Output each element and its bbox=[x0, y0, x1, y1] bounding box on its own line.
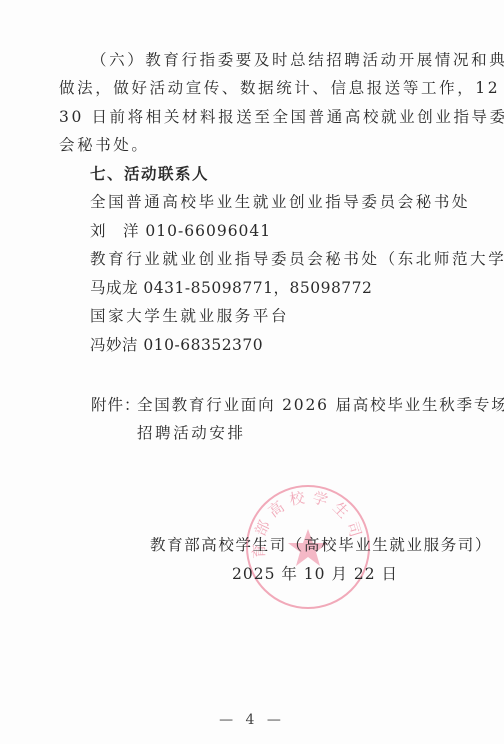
contact-person-2: 马成龙 0431-85098771，85098772 bbox=[90, 278, 372, 298]
attachment-title-line-1: 全国教育行业面向 2026 届高校毕业生秋季专场 bbox=[137, 395, 504, 415]
section-heading: 七、活动联系人 bbox=[90, 164, 209, 184]
issue-date: 2025 年 10 月 22 日 bbox=[232, 564, 398, 584]
paragraph-six-line-3: 30 日前将相关材料报送至全国普通高校就业创业指导委员 bbox=[59, 107, 504, 127]
attachment-label: 附件： bbox=[91, 395, 141, 415]
attachment-title-line-2: 招聘活动安排 bbox=[137, 423, 246, 443]
contact-org-2: 教育行业就业创业指导委员会秘书处（东北师范大学） bbox=[90, 249, 504, 269]
paragraph-six-line-1: （六）教育行指委要及时总结招聘活动开展情况和典型 bbox=[91, 50, 504, 70]
contact-person-3: 冯妙洁 010-68352370 bbox=[90, 335, 263, 355]
paragraph-six-line-2: 做法，做好活动宣传、数据统计、信息报送等工作，12 月 bbox=[59, 78, 504, 98]
contact-org-3: 国家大学生就业服务平台 bbox=[90, 306, 289, 326]
issuer-name: 教育部高校学生司（高校毕业生就业服务司） bbox=[150, 535, 492, 555]
document-page: （六）教育行指委要及时总结招聘活动开展情况和典型 做法，做好活动宣传、数据统计、… bbox=[0, 0, 504, 744]
contact-org-1: 全国普通高校毕业生就业创业指导委员会秘书处 bbox=[90, 192, 470, 212]
page-number: — 4 — bbox=[0, 712, 504, 728]
paragraph-six-line-4: 会秘书处。 bbox=[59, 135, 150, 155]
contact-person-1: 刘 洋 010-66096041 bbox=[90, 221, 271, 241]
